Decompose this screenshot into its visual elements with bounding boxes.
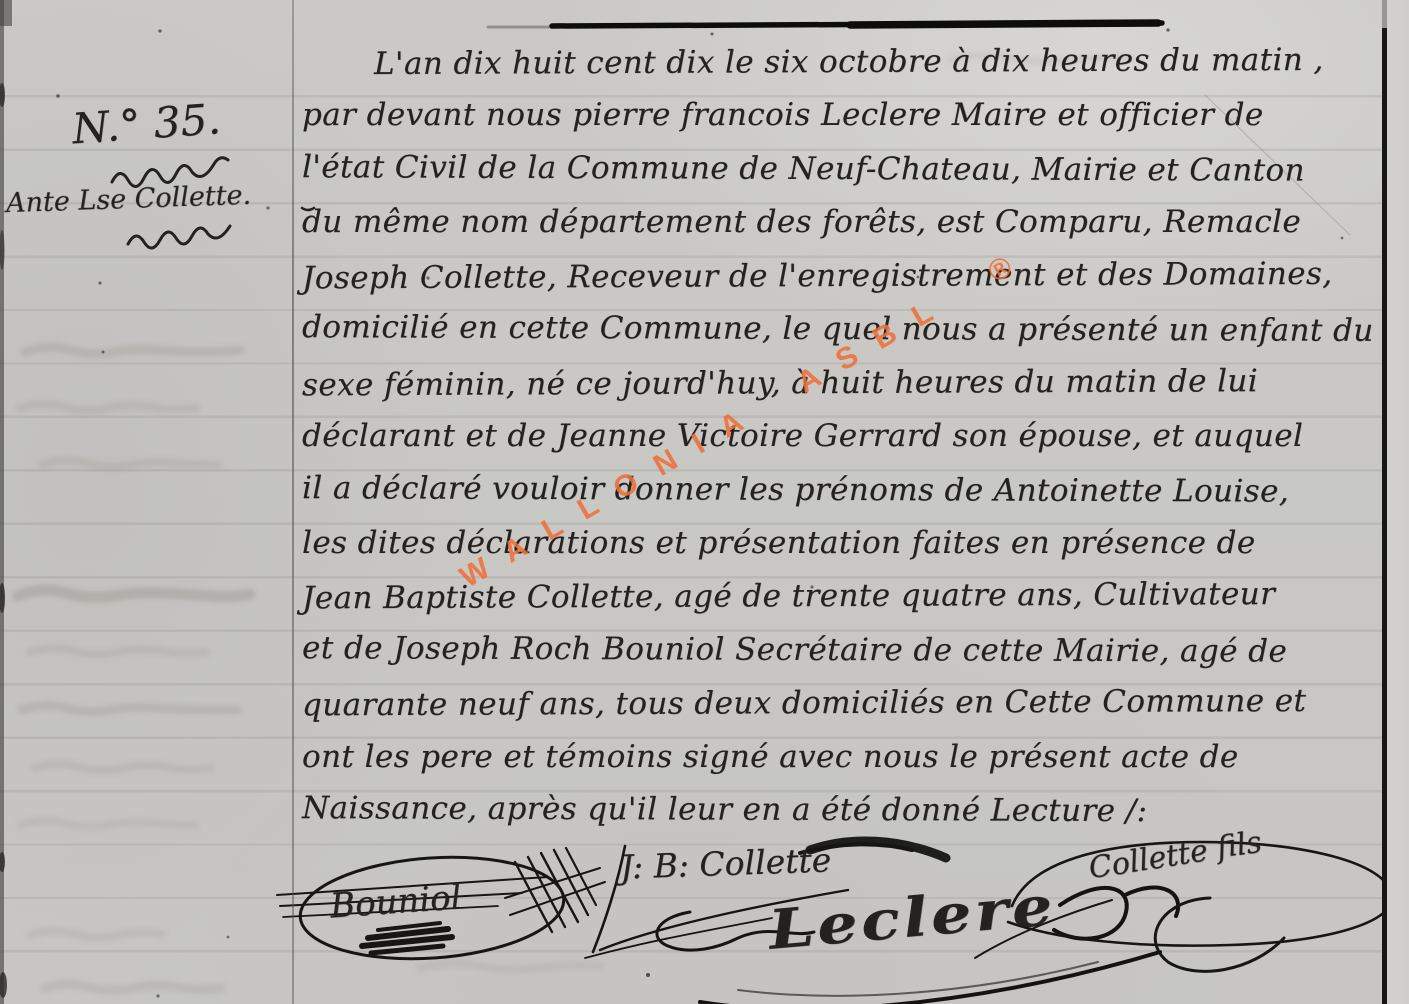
manuscript-line: l'état Civil de la Commune de Neuf-Chate… [302, 141, 1378, 198]
manuscript-line: du même nom département des forêts, est … [302, 196, 1378, 249]
scan-left-edge [0, 0, 12, 1004]
facing-page-strip [1387, 0, 1409, 1004]
manuscript-line: déclarant et de Jeanne Victoire Gerrard … [302, 410, 1378, 463]
manuscript-line: et de Joseph Roch Bouniol Secrétaire de … [302, 622, 1378, 679]
margin-vertical-rule [292, 0, 294, 1004]
scanned-register-page: N.° 35. Ante Lse Collette. L'an dix huit… [0, 0, 1409, 1004]
act-body-text: L'an dix huit cent dix le six octobre à … [302, 36, 1378, 838]
manuscript-line: il a déclaré vouloir donner les prénoms … [302, 462, 1378, 519]
signature-jb-collette: J: B: Collette [619, 840, 831, 886]
manuscript-line: Joseph Collette, Receveur de l'enregistr… [302, 247, 1378, 305]
manuscript-line: par devant nous pierre francois Leclere … [302, 89, 1378, 142]
manuscript-line: quarante neuf ans, tous deux domiciliés … [302, 675, 1378, 733]
record-separator-rule [488, 23, 1162, 27]
manuscript-line: L'an dix huit cent dix le six octobre à … [302, 34, 1378, 92]
manuscript-line: ont les pere et témoins signé avec nous … [302, 731, 1378, 784]
